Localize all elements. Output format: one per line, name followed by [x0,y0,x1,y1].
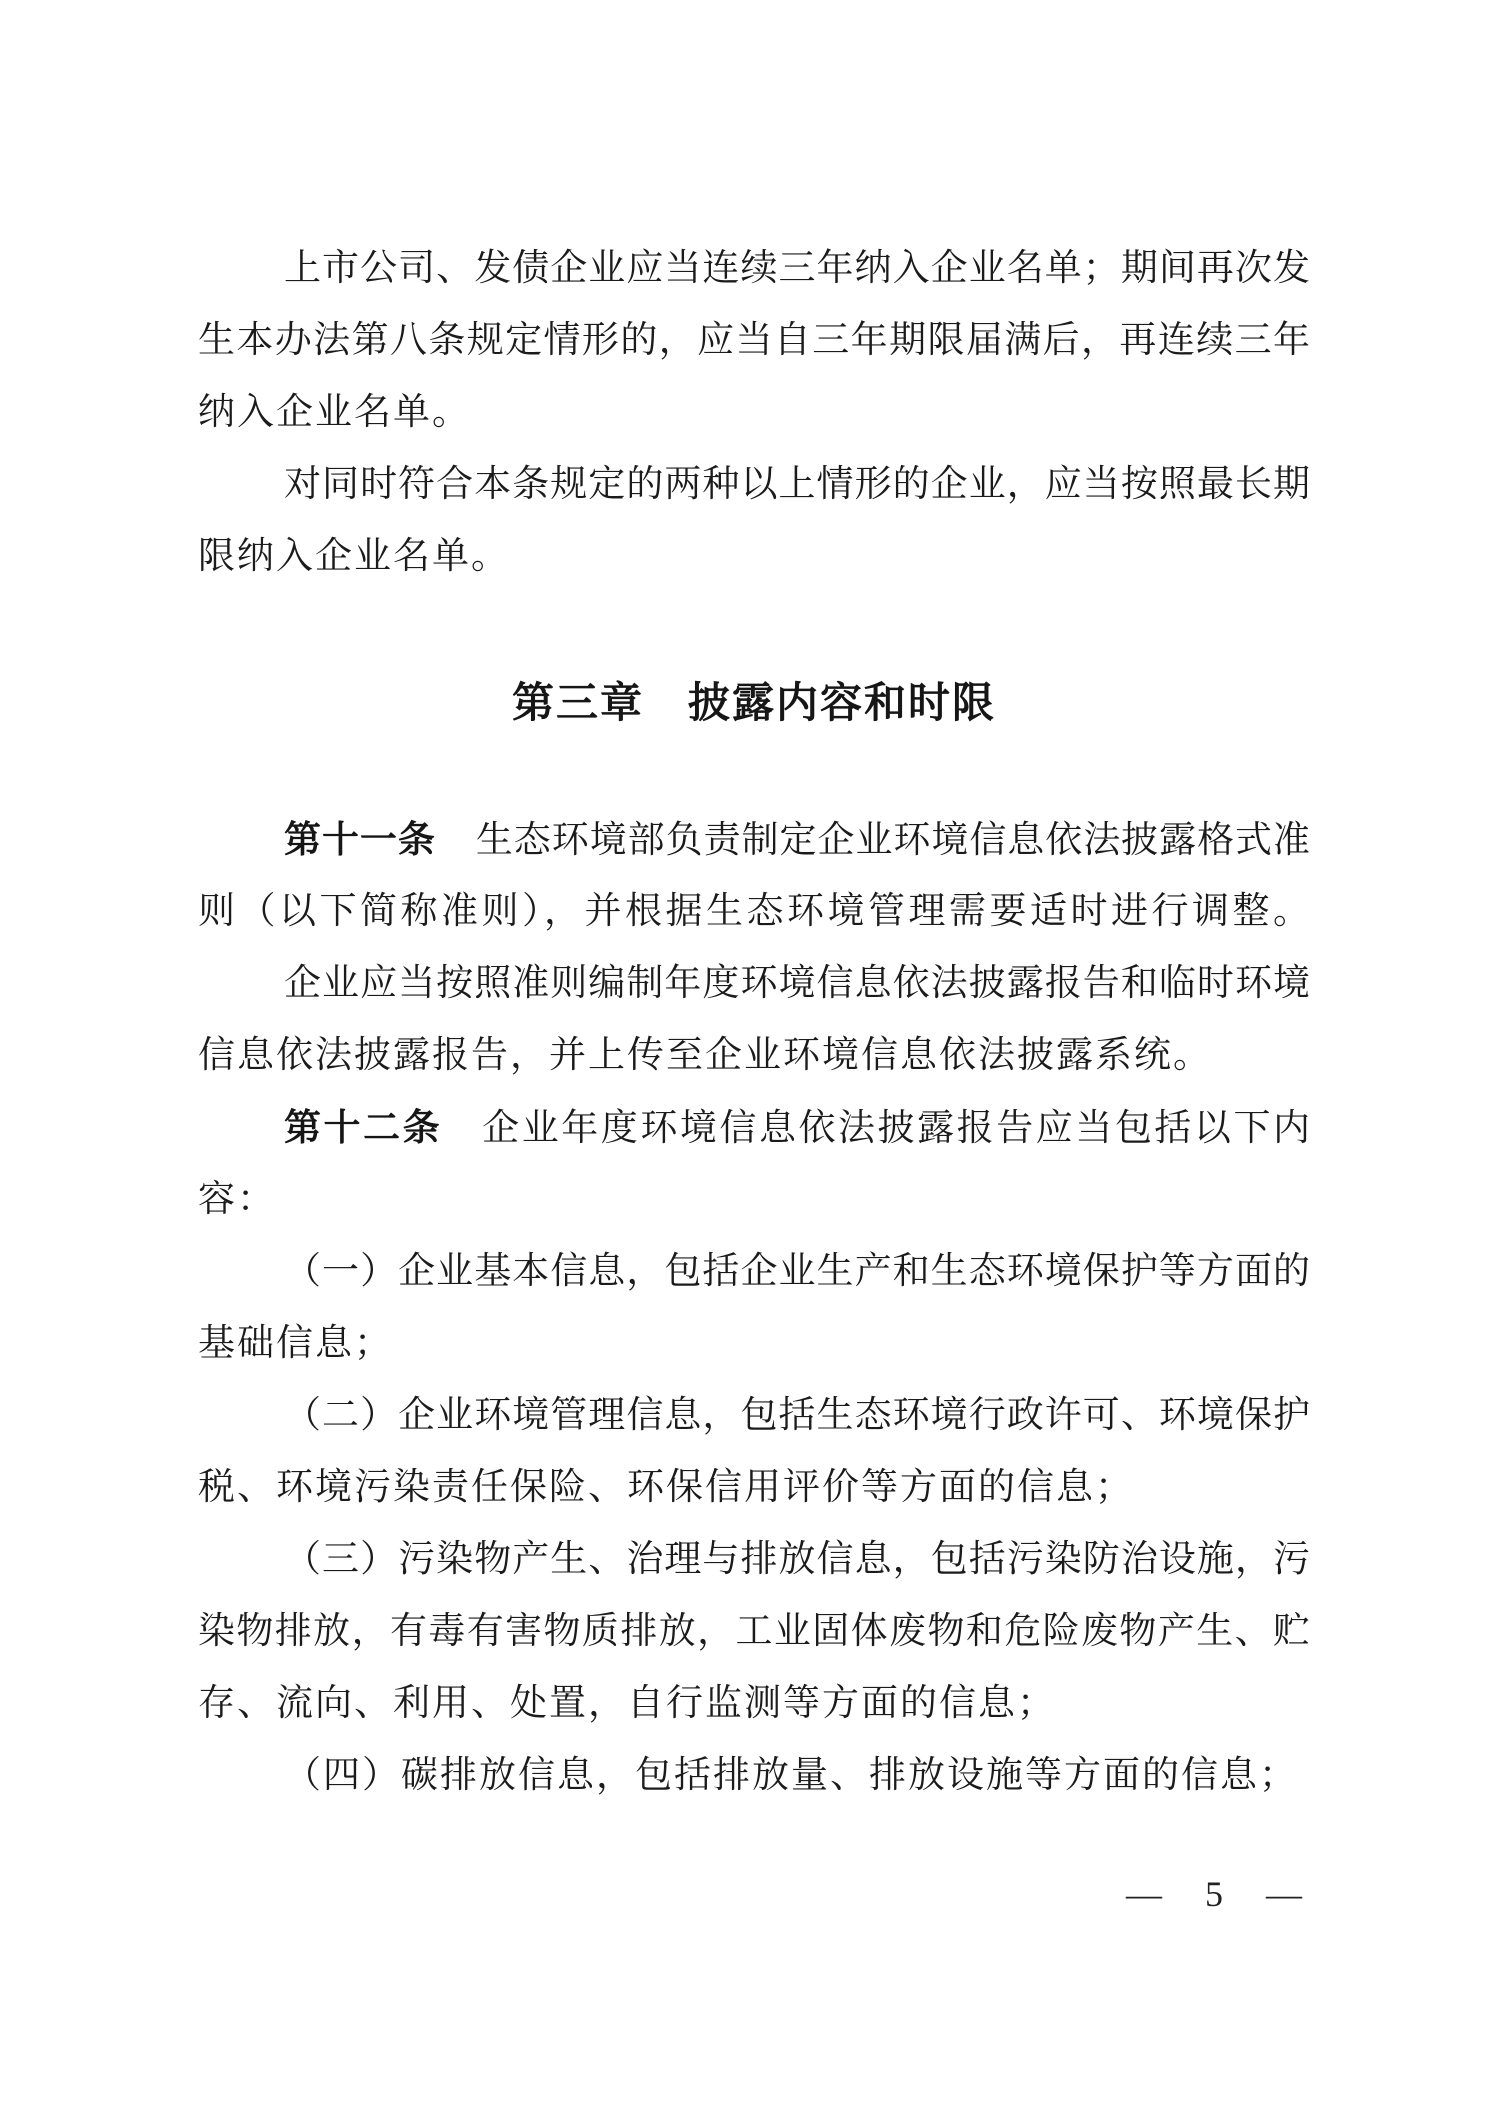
line-text: 企业应当按照准则编制年度环境信息依法披露报告和临时环境 [284,963,1310,1004]
line-text: 上市公司、发债企业应当连续三年纳入企业名单；期间再次发 [284,248,1310,289]
text-line: 信息依法披露报告，并上传至企业环境信息依法披露系统。 [198,1020,1310,1092]
text-line: （一）企业基本信息，包括企业生产和生态环境保护等方面的 [198,1236,1310,1308]
line-text: 容： [198,1179,276,1220]
line-text: （二）企业环境管理信息，包括生态环境行政许可、环境保护 [284,1395,1310,1436]
text-line: （二）企业环境管理信息，包括生态环境行政许可、环境保护 [198,1380,1310,1452]
line-text: 基础信息； [198,1323,393,1364]
chapter-heading: 第三章 披露内容和时限 [198,667,1310,739]
line-text: 存、流向、利用、处置，自行监测等方面的信息； [198,1683,1056,1724]
line-text: 第三章 披露内容和时限 [512,679,996,726]
line-text: （一）企业基本信息，包括企业生产和生态环境保护等方面的 [284,1251,1310,1292]
line-text: 染物排放，有毒有害物质排放，工业固体废物和危险废物产生、贮 [198,1611,1310,1652]
text-line: （四）碳排放信息，包括排放量、排放设施等方面的信息； [198,1740,1310,1812]
text-line: 税、环境污染责任保险、环保信用评价等方面的信息； [198,1452,1310,1524]
page-number: — 5 — [1126,1862,1310,1926]
text-line: 企业应当按照准则编制年度环境信息依法披露报告和临时环境 [198,948,1310,1020]
line-text: 限纳入企业名单。 [198,536,510,577]
line-text: 纳入企业名单。 [198,392,471,433]
line-text: 税、环境污染责任保险、环保信用评价等方面的信息； [198,1467,1134,1508]
text-line: 第十二条企业年度环境信息依法披露报告应当包括以下内 [198,1092,1310,1164]
text-line: 第十一条生态环境部负责制定企业环境信息依法披露格式准 [198,804,1310,876]
document-body: 上市公司、发债企业应当连续三年纳入企业名单；期间再次发 生本办法第八条规定情形的… [198,233,1310,1812]
line-text: 对同时符合本条规定的两种以上情形的企业，应当按照最长期 [284,464,1310,505]
document-page: 上市公司、发债企业应当连续三年纳入企业名单；期间再次发 生本办法第八条规定情形的… [0,0,1488,2104]
line-text: 企业年度环境信息依法披露报告应当包括以下内 [482,1108,1310,1149]
text-line: 基础信息； [198,1308,1310,1380]
text-line: 存、流向、利用、处置，自行监测等方面的信息； [198,1668,1310,1740]
text-line: 染物排放，有毒有害物质排放，工业固体废物和危险废物产生、贮 [198,1596,1310,1668]
line-text: 信息依法披露报告，并上传至企业环境信息依法披露系统。 [198,1035,1212,1076]
line-text: 则（以下简称准则），并根据生态环境管理需要适时进行调整。 [198,891,1310,932]
line-bold-prefix: 第十一条 [284,819,436,860]
text-line: 生本办法第八条规定情形的，应当自三年期限届满后，再连续三年 [198,305,1310,377]
text-line: 容： [198,1164,1310,1236]
line-text: （三）污染物产生、治理与排放信息，包括污染防治设施，污 [284,1539,1310,1580]
text-line: 纳入企业名单。 [198,377,1310,449]
text-line: （三）污染物产生、治理与排放信息，包括污染防治设施，污 [198,1524,1310,1596]
line-text: 生本办法第八条规定情形的，应当自三年期限届满后，再连续三年 [198,320,1310,361]
text-line: 则（以下简称准则），并根据生态环境管理需要适时进行调整。 [198,876,1310,948]
text-line: 限纳入企业名单。 [198,521,1310,593]
line-text: 生态环境部负责制定企业环境信息依法披露格式准 [476,820,1310,861]
line-bold-prefix: 第十二条 [284,1107,442,1148]
text-line: 上市公司、发债企业应当连续三年纳入企业名单；期间再次发 [198,233,1310,305]
line-text: （四）碳排放信息，包括排放量、排放设施等方面的信息； [284,1755,1298,1796]
text-line: 对同时符合本条规定的两种以上情形的企业，应当按照最长期 [198,449,1310,521]
